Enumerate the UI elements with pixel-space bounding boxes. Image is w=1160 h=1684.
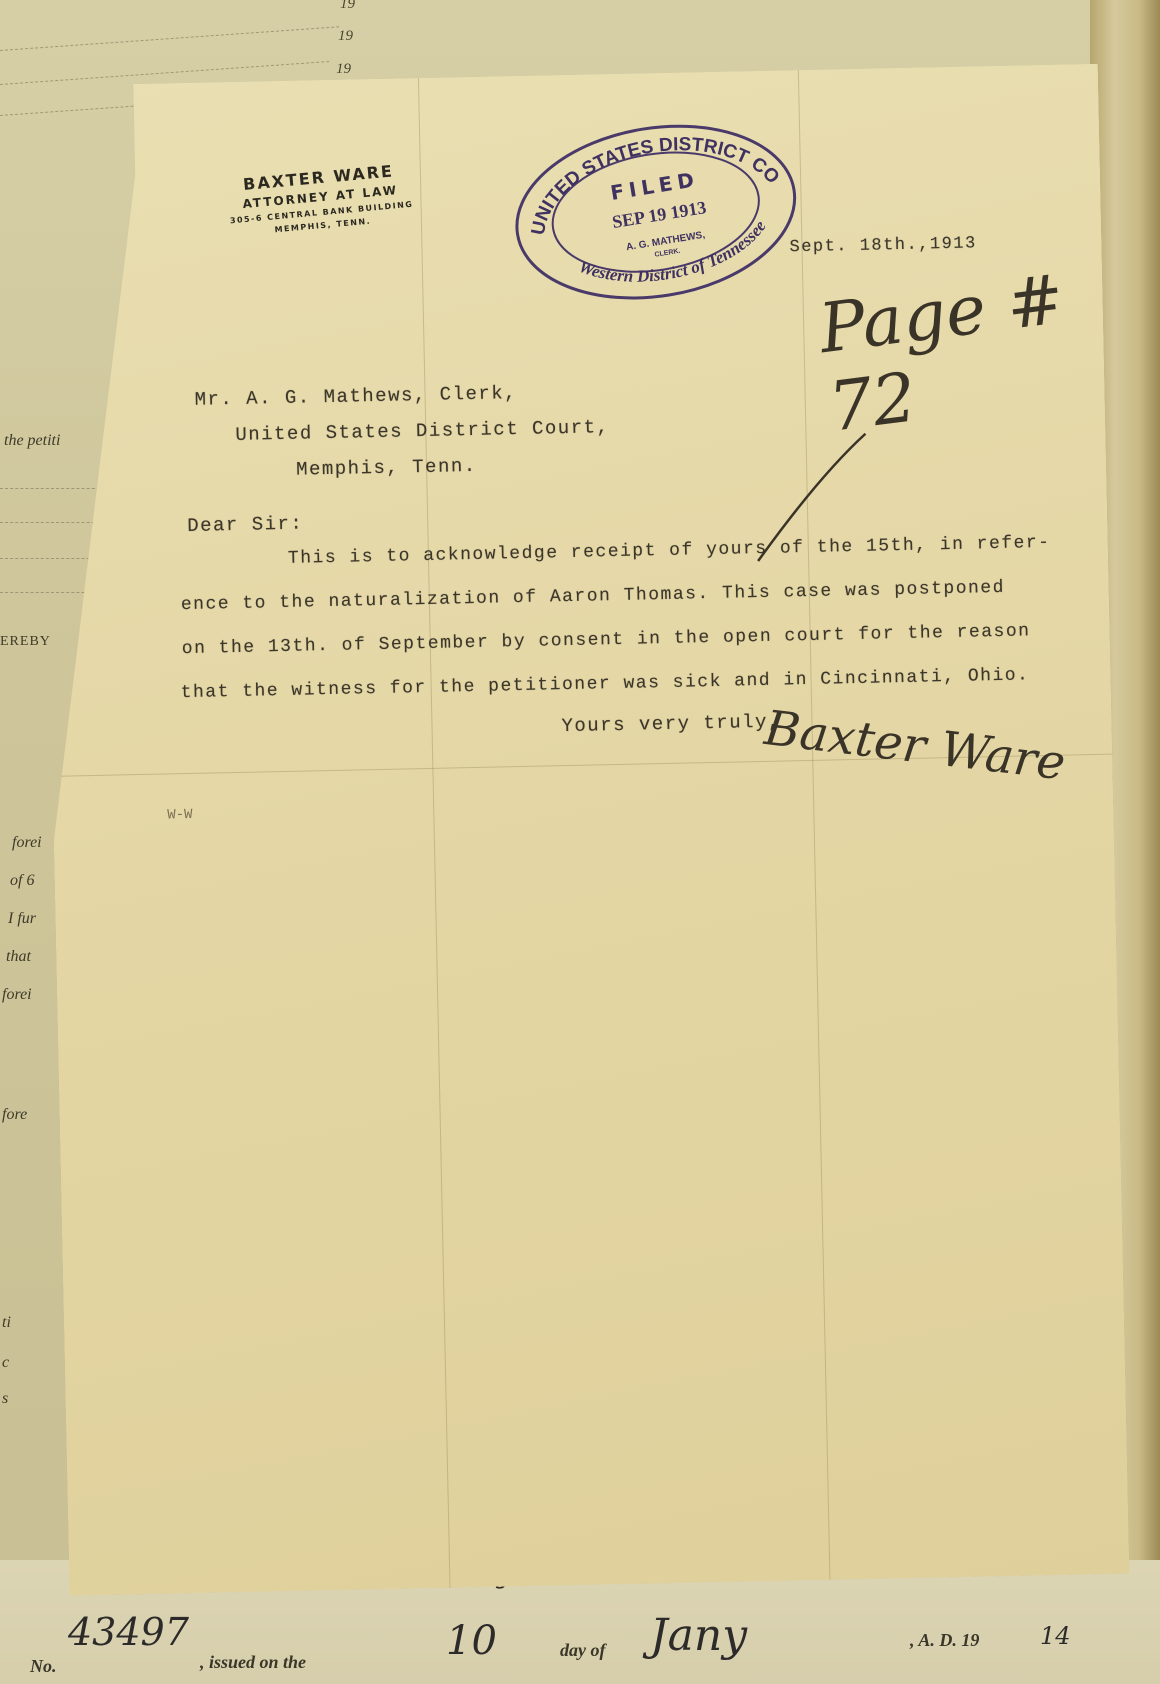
- ledger-year-mark: 19: [336, 61, 351, 78]
- ledger-year-mark: 19: [340, 0, 355, 13]
- body-line-3: on the 13th. of September by consent in …: [182, 621, 1031, 659]
- recipient-name: Mr. A. G. Mathews, Clerk,: [194, 382, 517, 411]
- letter-sheet: BAXTER WARE ATTORNEY AT LAW 305-6 CENTRA…: [38, 64, 1129, 1596]
- court-filed-stamp: UNITED STATES DISTRICT COURT Western Dis…: [498, 101, 813, 323]
- ledger-fragment: forei: [12, 834, 42, 852]
- body-line-1: This is to acknowledge receipt of yours …: [288, 533, 1051, 569]
- ledger-fragment: c: [2, 1354, 9, 1372]
- ledger-fragment: that: [6, 948, 31, 966]
- page-annotation: Page # 72: [815, 256, 1113, 448]
- certificate-number: 43497: [68, 1610, 189, 1654]
- check-mark-icon: [745, 429, 878, 572]
- ledger-fragment: the petiti: [4, 432, 60, 450]
- body-line-2: ence to the naturalization of Aaron Thom…: [181, 578, 1005, 615]
- salutation: Dear Sir:: [187, 513, 304, 537]
- closing: Yours very truly,: [561, 711, 781, 738]
- body-line-4: that the witness for the petitioner was …: [181, 665, 1030, 703]
- day-of-label: day of: [560, 1640, 605, 1661]
- fold-crease: [418, 78, 451, 1588]
- ledger-rule: [0, 488, 110, 489]
- stamp-icon: UNITED STATES DISTRICT COURT Western Dis…: [498, 101, 813, 323]
- ledger-fragment: I fur: [8, 910, 36, 928]
- ledger-fragment: EREBY: [0, 634, 51, 650]
- ledger-fragment: forei: [2, 986, 32, 1004]
- letterhead: BAXTER WARE ATTORNEY AT LAW 305-6 CENTRA…: [188, 156, 453, 241]
- svg-text:Western District of Tennessee: Western District of Tennessee: [572, 214, 776, 297]
- recipient-city: Memphis, Tenn.: [296, 455, 477, 481]
- recipient-organization: United States District Court,: [235, 416, 610, 446]
- ledger-fragment: s: [2, 1390, 8, 1408]
- year-label: , A. D. 19: [910, 1630, 979, 1651]
- svg-text:CLERK.: CLERK.: [654, 248, 681, 259]
- day-value: 10: [446, 1618, 497, 1664]
- month-value: Jany: [650, 1610, 747, 1661]
- number-label: No.: [30, 1656, 57, 1677]
- signature: Baxter Ware: [762, 700, 1069, 791]
- ledger-rule: [0, 26, 339, 51]
- year-value: 14: [1040, 1622, 1071, 1650]
- typist-initials: W-W: [167, 807, 193, 824]
- letter-date: Sept. 18th.,1913: [789, 234, 977, 257]
- ledger-fragment: ti: [2, 1314, 11, 1332]
- issued-label: , issued on the: [200, 1652, 306, 1673]
- ledger-fragment: fore: [2, 1106, 27, 1124]
- ledger-year-mark: 19: [338, 28, 353, 45]
- ledger-fragment: of 6: [10, 872, 34, 890]
